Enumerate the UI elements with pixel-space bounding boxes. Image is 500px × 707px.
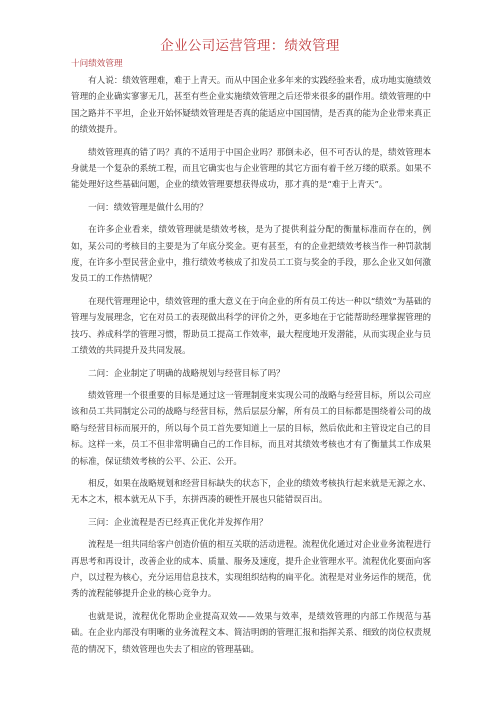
- paragraph: 绩效管理真的错了吗？真的不适用于中国企业吗？那倒未必，但不可否认的是，绩效管理本…: [71, 145, 431, 194]
- paragraph: 在许多企业看来，绩效管理就是绩效考核，是为了提供利益分配的衡量标准而存在的，例如…: [71, 222, 431, 288]
- section-subheading: 十问绩效管理: [71, 57, 123, 69]
- document-title: 企业公司运营管理：绩效管理: [0, 34, 500, 54]
- question-heading: 二问：企业制定了明确的战略规划与经营目标了吗？: [71, 366, 431, 382]
- paragraph: 也就是说，流程优化帮助企业提高双效——效果与效率，是绩效管理的内部工作规范与基础…: [71, 609, 431, 658]
- paragraph: 在现代管理理论中，绩效管理的重大意义在于向企业的所有员工传达一种以“绩效”为基础…: [71, 294, 431, 360]
- paragraph: 相反，如果在战略规划和经营目标缺失的状态下，企业的绩效考核执行起来就是无源之水、…: [71, 476, 431, 509]
- question-heading: 一问：绩效管理是做什么用的？: [71, 200, 431, 216]
- question-heading: 三问：企业流程是否已经真正优化并发挥作用？: [71, 515, 431, 531]
- document-page: 企业公司运营管理：绩效管理 十问绩效管理 有人说：绩效管理难，难于上青天。而从中…: [0, 0, 500, 707]
- paragraph: 绩效管理一个很重要的目标是通过这一管理制度来实现公司的战略与经营目标，所以公司应…: [71, 388, 431, 470]
- paragraph: 有人说：绩效管理难，难于上青天。而从中国企业多年来的实践经验来看，成功地实施绩效…: [71, 73, 431, 139]
- document-body: 有人说：绩效管理难，难于上青天。而从中国企业多年来的实践经验来看，成功地实施绩效…: [71, 73, 431, 664]
- paragraph: 流程是一组共同给客户创造价值的相互关联的活动进程。流程优化通过对企业业务流程进行…: [71, 537, 431, 603]
